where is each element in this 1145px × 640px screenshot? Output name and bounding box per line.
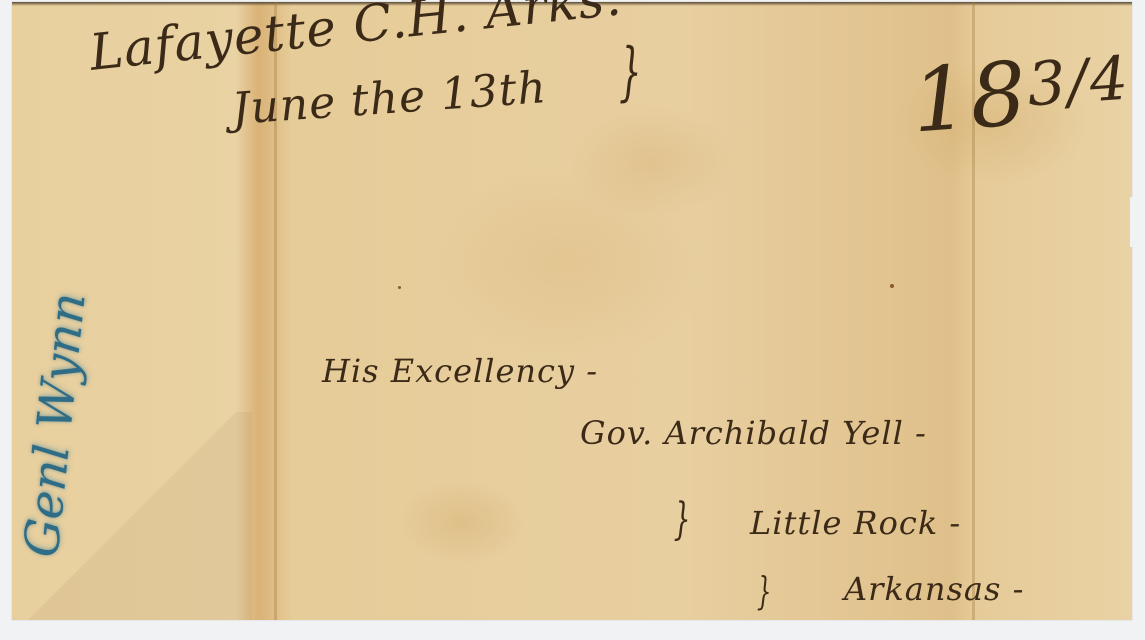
scanned-document: Lafayette C.H. Arks. June the 13th } 183… [0, 0, 1145, 640]
postmark-bracket-icon: } [619, 40, 641, 104]
address-honorific: His Excellency - [322, 352, 598, 390]
rate-fraction: 3/4 [1025, 43, 1132, 120]
paper-speck [890, 284, 894, 288]
address-name: Gov. Archibald Yell - [580, 414, 927, 452]
city-bracket-icon: } [674, 498, 691, 542]
rate-whole: 18 [909, 42, 1032, 153]
address-state: Arkansas - [844, 570, 1024, 608]
postage-rate: 183/4 [909, 35, 1134, 153]
paper-speck [398, 286, 401, 289]
letter-cover: Lafayette C.H. Arks. June the 13th } 183… [12, 2, 1132, 620]
state-bracket-icon: } [757, 572, 772, 610]
address-city: Little Rock - [750, 504, 961, 542]
edge-tear [1130, 197, 1140, 247]
postmark-date: June the 13th [230, 62, 548, 135]
